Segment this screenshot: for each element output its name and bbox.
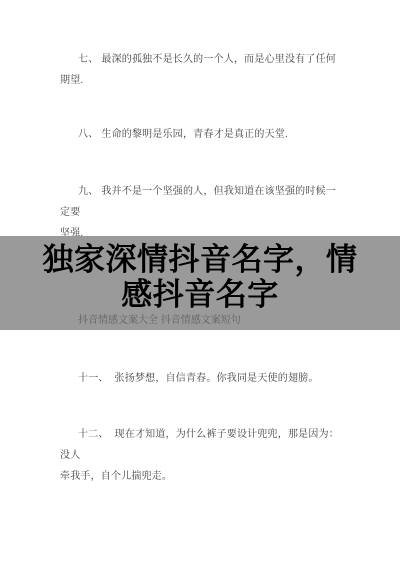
quote-line: 牵我手，自个儿揣兜走。	[60, 466, 345, 487]
title-banner: 独家深情抖音名字，情感抖音名字 抖音情感文案大全 抖音情感文案短句	[0, 236, 400, 330]
quote-line: 八、 生命的黎明是乐园，青春才是真正的天堂.	[60, 124, 345, 145]
quote-line: 十一、 张扬梦想，自信青春。你我同是天使的翅膀。	[60, 368, 345, 389]
quote-item: 七、 最深的孤独不是长久的一个人，而是心里没有了任何期望.	[60, 49, 345, 91]
quote-item: 十一、 张扬梦想，自信青春。你我同是天使的翅膀。	[60, 368, 345, 389]
quote-item: 八、 生命的黎明是乐园，青春才是真正的天堂.	[60, 124, 345, 145]
quote-line: 七、 最深的孤独不是长久的一个人，而是心里没有了任何期望.	[60, 49, 345, 91]
banner-caption: 抖音情感文案大全 抖音情感文案短句	[0, 314, 400, 327]
quote-line: 九、 我并不是一个坚强的人，但我知道在该坚强的时候一定要	[60, 181, 345, 223]
quote-line: 十二、 现在才知道，为什么裤子要设计兜兜，那是因为：没人	[60, 424, 345, 466]
quote-item: 十二、 现在才知道，为什么裤子要设计兜兜，那是因为：没人牵我手，自个儿揣兜走。	[60, 424, 345, 487]
article-page: 七、 最深的孤独不是长久的一个人，而是心里没有了任何期望.八、 生命的黎明是乐园…	[0, 0, 400, 565]
banner-title: 独家深情抖音名字，情感抖音名字	[0, 242, 400, 312]
quote-item: 九、 我并不是一个坚强的人，但我知道在该坚强的时候一定要坚强.	[60, 181, 345, 244]
